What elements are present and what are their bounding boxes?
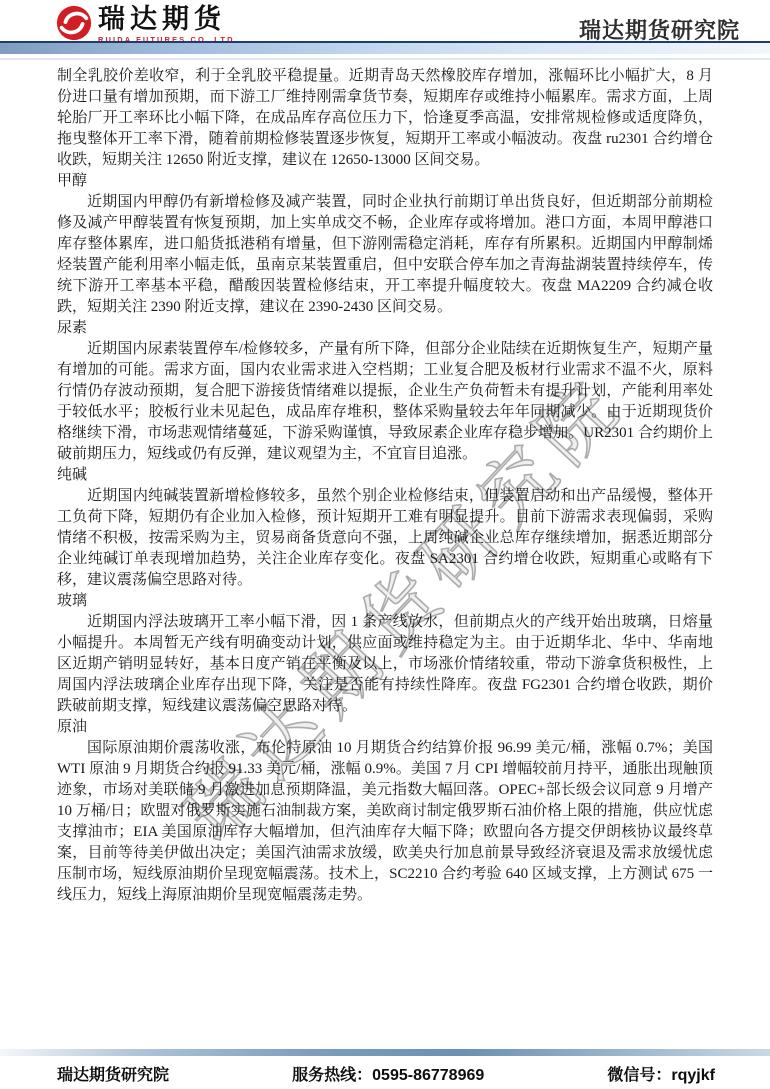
section-body: 近期国内尿素装置停车/检修较多，产量有所下降，但部分企业陆续在近期恢复生产，短期… (57, 339, 713, 465)
sections: 甲醇 近期国内甲醇仍有新增检修及减产装置，同时企业执行前期订单出货良好，但近期部… (57, 171, 713, 906)
page-header: 瑞达期货 RUIDA FUTURES CO.,LTD. 瑞达期货研究院 (0, 0, 770, 62)
section-body: 近期国内浮法玻璃开工率小幅下滑，因 1 条产线放水，但前期点火的产线开始出玻璃，… (57, 612, 713, 717)
header-rule-thin (0, 58, 770, 60)
page-footer: 瑞达期货研究院 服务热线：0595-86778969 微信号：rqyjkf (57, 1062, 715, 1085)
footer-hotline-number: 0595-86778969 (372, 1067, 484, 1084)
footer-wechat: 微信号：rqyjkf (607, 1062, 715, 1085)
footer-wechat-id: rqyjkf (671, 1067, 715, 1084)
report-section: 纯碱 近期国内纯碱装置新增检修较多，虽然个别企业检修结束，但装置启动和出产品缓慢… (57, 465, 713, 591)
report-page: 瑞达期货研究院 瑞达期货 RUIDA FUTURES CO.,LTD. 瑞达期货… (0, 0, 770, 1089)
report-section: 甲醇 近期国内甲醇仍有新增检修及减产装置，同时企业执行前期订单出货良好，但近期部… (57, 171, 713, 318)
ruida-logo-icon (55, 4, 93, 42)
report-section: 尿素 近期国内尿素装置停车/检修较多，产量有所下降，但部分企业陆续在近期恢复生产… (57, 318, 713, 465)
section-body: 国际原油期价震荡收涨，布伦特原油 10 月期货合约结算价报 96.99 美元/桶… (57, 738, 713, 906)
section-body: 近期国内纯碱装置新增检修较多，虽然个别企业检修结束，但装置启动和出产品缓慢，整体… (57, 486, 713, 591)
footer-hotline: 服务热线：0595-86778969 (292, 1062, 484, 1085)
report-section: 玻璃 近期国内浮法玻璃开工率小幅下滑，因 1 条产线放水，但前期点火的产线开始出… (57, 591, 713, 717)
footer-hotline-label: 服务热线： (292, 1067, 372, 1084)
footer-org: 瑞达期货研究院 (57, 1062, 169, 1085)
intro-paragraph: 制全乳胶价差收窄，利于全乳胶平稳提量。近期青岛天然橡胶库存增加，涨幅环比小幅扩大… (57, 66, 713, 171)
footer-wechat-label: 微信号： (607, 1067, 671, 1084)
section-heading: 甲醇 (57, 171, 713, 192)
company-logo: 瑞达期货 RUIDA FUTURES CO.,LTD. (55, 4, 239, 44)
report-section: 原油 国际原油期价震荡收涨，布伦特原油 10 月期货合约结算价报 96.99 美… (57, 717, 713, 906)
header-rule-gradient (0, 43, 770, 54)
section-heading: 尿素 (57, 318, 713, 339)
brand-name-cn: 瑞达期货 (98, 4, 239, 34)
report-body: 制全乳胶价差收窄，利于全乳胶平稳提量。近期青岛天然橡胶库存增加，涨幅环比小幅扩大… (57, 66, 713, 906)
section-heading: 原油 (57, 717, 713, 738)
footer-rule-gradient (0, 1049, 770, 1056)
section-heading: 纯碱 (57, 465, 713, 486)
section-body: 近期国内甲醇仍有新增检修及减产装置，同时企业执行前期订单出货良好，但近期部分前期… (57, 192, 713, 318)
section-heading: 玻璃 (57, 591, 713, 612)
